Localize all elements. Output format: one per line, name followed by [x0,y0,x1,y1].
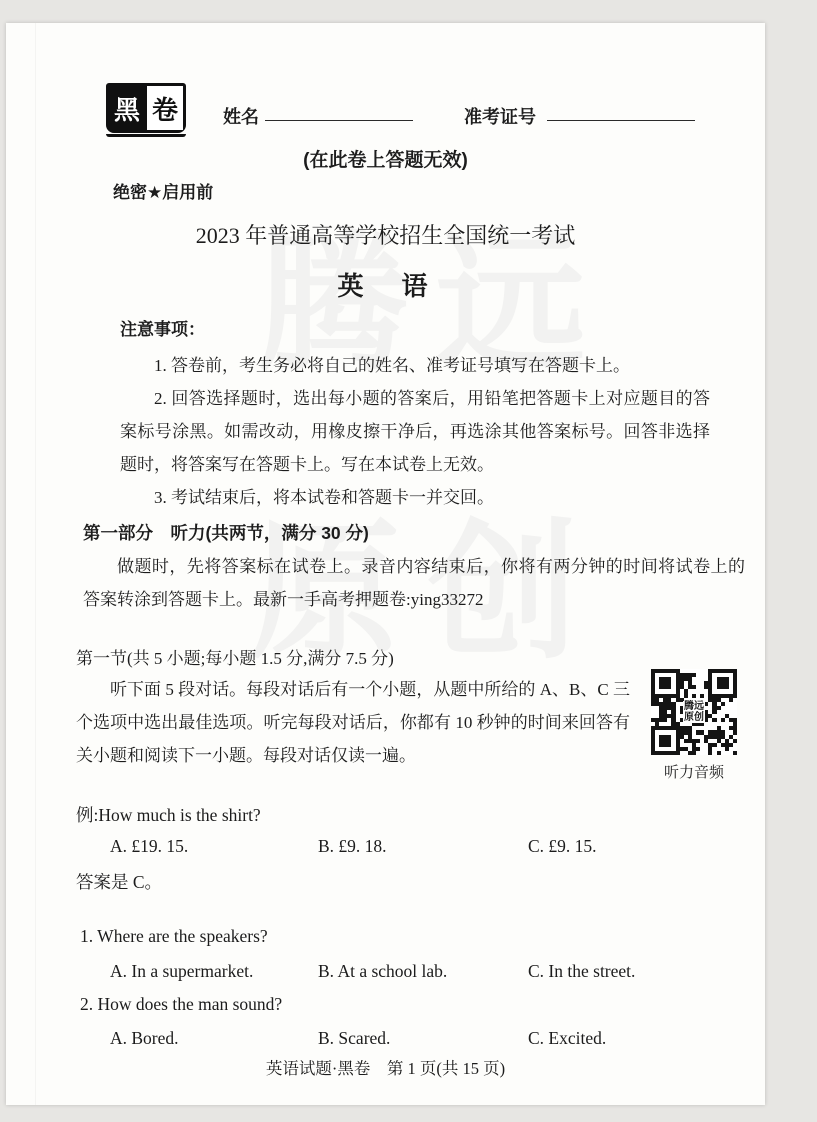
listening-audio-qr-block: 腾远 原创 听力音频 [644,669,744,782]
part1-heading: 第一部分 听力(共两节，满分 30 分) [83,520,369,545]
notice-item-2: 2. 回答选择题时，选出每小题的答案后，用铅笔把答题卡上对应题目的答案标号涂黑。… [120,382,710,481]
subject-title: 英 语 [6,266,765,303]
q1-option-a: A. In a supermarket. [110,961,253,982]
qr-overlay-text: 腾远 原创 [683,701,705,723]
example-answer: 答案是 C。 [76,869,162,894]
section1-block: 腾远 原创 听力音频 听下面 5 段对话。每段对话后有一个小题，从题中所给的 A… [76,673,744,786]
question-1-text: 1. Where are the speakers? [80,926,268,947]
name-blank-line [265,101,413,121]
example-option-a: A. £19. 15. [110,836,188,857]
notice-section: 注意事项： 1. 答卷前，考生务必将自己的姓名、准考证号填写在答题卡上。 2. … [120,315,710,514]
example-option-c: C. £9. 15. [528,836,597,857]
notice-item-3: 3. 考试结束后，将本试卷和答题卡一并交回。 [120,481,710,514]
brand-logo: 黑 卷 [106,83,186,133]
qr-caption: 听力音频 [644,761,744,782]
part1-intro: 做题时，先将答案标在试卷上。录音内容结束后，你将有两分钟的时间将试卷上的答案转涂… [83,550,745,616]
q2-option-a: A. Bored. [110,1028,179,1049]
section1-heading: 第一节(共 5 小题;每小题 1.5 分,满分 7.5 分) [76,644,394,669]
q1-option-c: C. In the street. [528,961,635,982]
question-1-options: A. In a supermarket. B. At a school lab.… [76,961,756,985]
exam-title: 2023 年普通高等学校招生全国统一考试 [6,219,765,250]
secret-label: 绝密★启用前 [113,178,213,203]
brand-logo-right-char: 卷 [145,86,183,130]
exam-id-blank-line [547,101,695,121]
invalid-notice: (在此卷上答题无效) [6,145,765,172]
notice-heading: 注意事项： [120,315,710,340]
brand-logo-left-char: 黑 [109,86,145,130]
question-2-options: A. Bored. B. Scared. C. Excited. [76,1028,756,1052]
question-2-text: 2. How does the man sound? [80,994,282,1015]
notice-item-1: 1. 答卷前，考生务必将自己的姓名、准考证号填写在答题卡上。 [120,349,710,382]
scan-fold-line [35,23,36,1105]
q2-option-b: B. Scared. [318,1028,390,1049]
qr-code-icon: 腾远 原创 [651,669,737,755]
example-option-b: B. £9. 18. [318,836,387,857]
exam-id-label: 准考证号 [464,103,536,129]
page-footer: 英语试题·黑卷 第 1 页(共 15 页) [6,1055,765,1079]
q2-option-c: C. Excited. [528,1028,606,1049]
exam-paper-page: 腾远 原创 黑 卷 姓名 准考证号 (在此卷上答题无效) 绝密★启用前 2023… [6,23,765,1105]
example-question: 例:How much is the shirt? [76,802,261,827]
example-options: A. £19. 15. B. £9. 18. C. £9. 15. [76,836,756,860]
q1-option-b: B. At a school lab. [318,961,447,982]
name-label: 姓名 [223,103,259,129]
